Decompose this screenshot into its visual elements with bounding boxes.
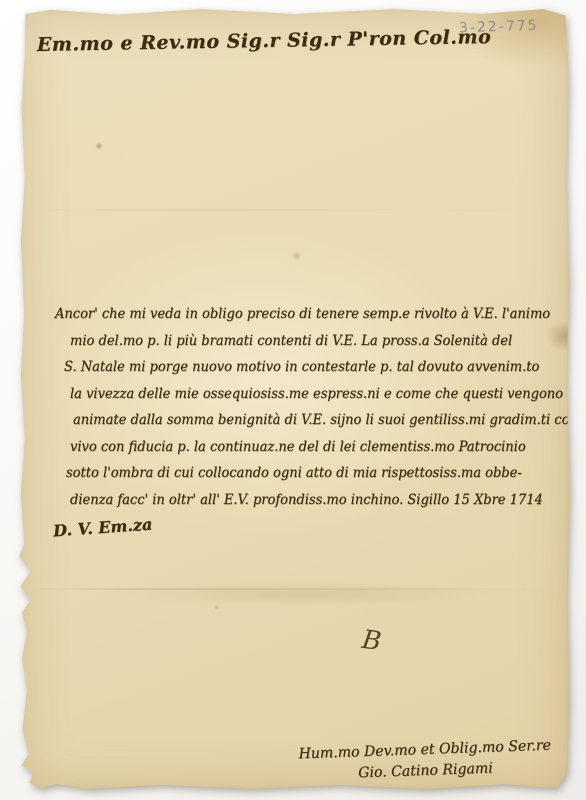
signature-block: Hum.mo Dev.mo et Oblig.mo Ser.re Gio. Ca… <box>294 735 556 786</box>
paper-sheet: 3-22-775 Em.mo e Rev.mo Sig.r Sig.r P'ro… <box>17 6 571 792</box>
paper-wrapper: 3-22-775 Em.mo e Rev.mo Sig.r Sig.r P'ro… <box>17 6 571 792</box>
fold-crease <box>28 209 560 211</box>
body-line: Ancor' che mi veda in obligo preciso di … <box>55 301 531 328</box>
body-line: la vivezza delle mie ossequiosiss.me esp… <box>70 381 532 408</box>
closing-abbreviation: D. V. Em.za <box>52 515 152 541</box>
body-line: animate dalla somma benignità di V.E. si… <box>73 407 532 434</box>
salutation-line: Em.mo e Rev.mo Sig.r Sig.r P'ron Col.mo <box>17 26 511 57</box>
body-line: vivo con fiducia p. la continuaz.ne del … <box>70 434 532 461</box>
body-line: S. Natale mi porge nuovo motivo in conte… <box>64 354 532 381</box>
ink-flourish: B <box>360 625 383 657</box>
fold-crease <box>28 588 560 590</box>
letter-body: Ancor' che mi veda in obligo preciso di … <box>55 301 567 513</box>
body-line: sotto l'ombra di cui collocando ogni att… <box>66 460 532 487</box>
body-line: dienza facc' in oltr' all' E.V. profondi… <box>70 487 532 514</box>
scanned-letter: 3-22-775 Em.mo e Rev.mo Sig.r Sig.r P'ro… <box>0 0 586 800</box>
body-line: mio del.mo p. li più bramati contenti di… <box>70 328 532 355</box>
